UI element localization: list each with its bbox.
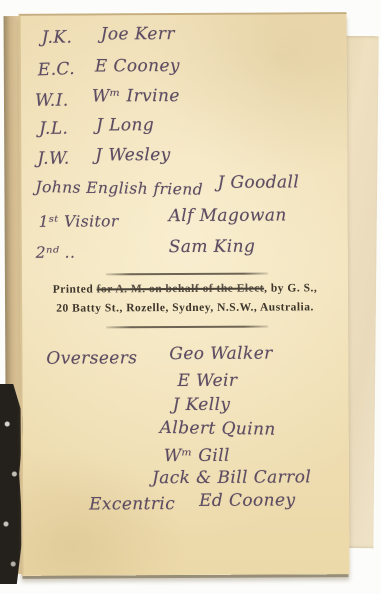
entry-name: J Kelly <box>173 395 231 415</box>
entry-abbr: Johns English friend <box>35 178 203 199</box>
entry-name: E Cooney <box>95 56 180 76</box>
imprint-line-1: Printed for A. M. on behalf of the Elect… <box>22 282 348 296</box>
entry-abbr: E.C. <box>37 59 75 80</box>
entry-abbr: 2ⁿᵈ .. <box>36 244 76 262</box>
imprint-rule-top <box>106 273 268 276</box>
imprint-suffix: , by G. S., <box>264 282 317 294</box>
entry-name: Sam King <box>169 237 256 257</box>
entry-name: J Wesley <box>95 145 171 165</box>
entry-abbr: J.K. <box>42 28 73 48</box>
entry-abbr: 1ˢᵗ Visitor <box>39 212 119 230</box>
entry-name: Wᵐ Gill <box>164 446 230 466</box>
entry-abbr: J.L. <box>39 119 68 139</box>
notebook-page: J.K. Joe Kerr E.C. E Cooney W.I. Wᵐ Irvi… <box>19 12 350 576</box>
entry-name: Albert Quinn <box>160 418 276 440</box>
entry-name: Wᵐ Irvine <box>92 86 180 106</box>
entry-name: J Long <box>96 115 154 135</box>
imprint-line-2: 20 Batty St., Rozelle, Sydney, N.S.W., A… <box>22 301 348 315</box>
entry-abbr: W.I. <box>35 91 69 111</box>
entry-name: Ed Cooney <box>199 490 295 511</box>
entry-name: Alf Magowan <box>169 205 287 226</box>
entry-name: Geo Walker <box>169 344 272 365</box>
entry-abbr: J.W. <box>37 149 70 169</box>
entry-name: Joe Kerr <box>101 24 175 44</box>
entry-name: Jack & Bill Carrol <box>152 467 311 488</box>
scan-background: J.K. Joe Kerr E.C. E Cooney W.I. Wᵐ Irvi… <box>0 0 381 594</box>
section-heading: Overseers <box>46 348 137 368</box>
imprint-prefix: Printed <box>53 283 97 295</box>
entry-name: E Weir <box>177 371 237 391</box>
imprint-rule-bottom <box>106 326 268 329</box>
imprint-struck-text: for A. M. on behalf of the Elect <box>97 283 265 296</box>
entry-name: J Goodall <box>217 172 299 192</box>
entry-label: Excentric <box>89 494 175 514</box>
